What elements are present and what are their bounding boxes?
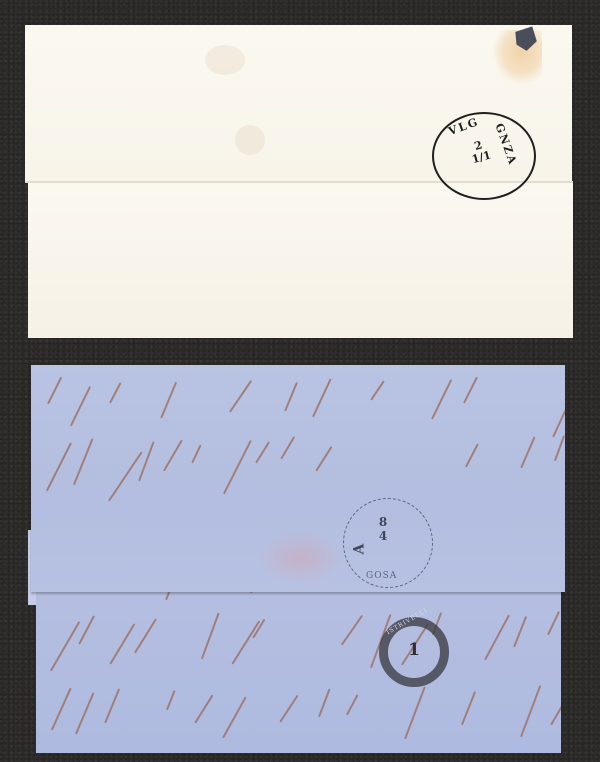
postmark-letter: A: [351, 544, 367, 555]
postmark-ring-text-top: VLG: [447, 115, 481, 138]
postmark-date: 8 4: [374, 515, 392, 543]
postmark-date-line: 4: [374, 529, 392, 543]
cream-cover: VLG GNZA 2 1/1: [0, 0, 600, 345]
postmark-ring-text-right: GNZA: [492, 122, 519, 168]
cover-body: [28, 182, 573, 338]
blue-cover: A 8 4 GOSA ISTRIVELLI 1: [0, 355, 600, 762]
postmark-date-line: 8: [374, 515, 392, 529]
red-stain: [255, 530, 345, 585]
postmark-ring-text: GOSA: [366, 571, 397, 581]
photo-scene: VLG GNZA 2 1/1 A 8 4 GOSA ISTRI: [0, 0, 600, 762]
postmark-blue: A 8 4 GOSA: [343, 498, 433, 588]
postmark-double-ring: ISTRIVELLI 1: [379, 617, 449, 687]
postmark-center: 1: [388, 640, 440, 660]
postmark-black: VLG GNZA 2 1/1: [432, 112, 536, 200]
